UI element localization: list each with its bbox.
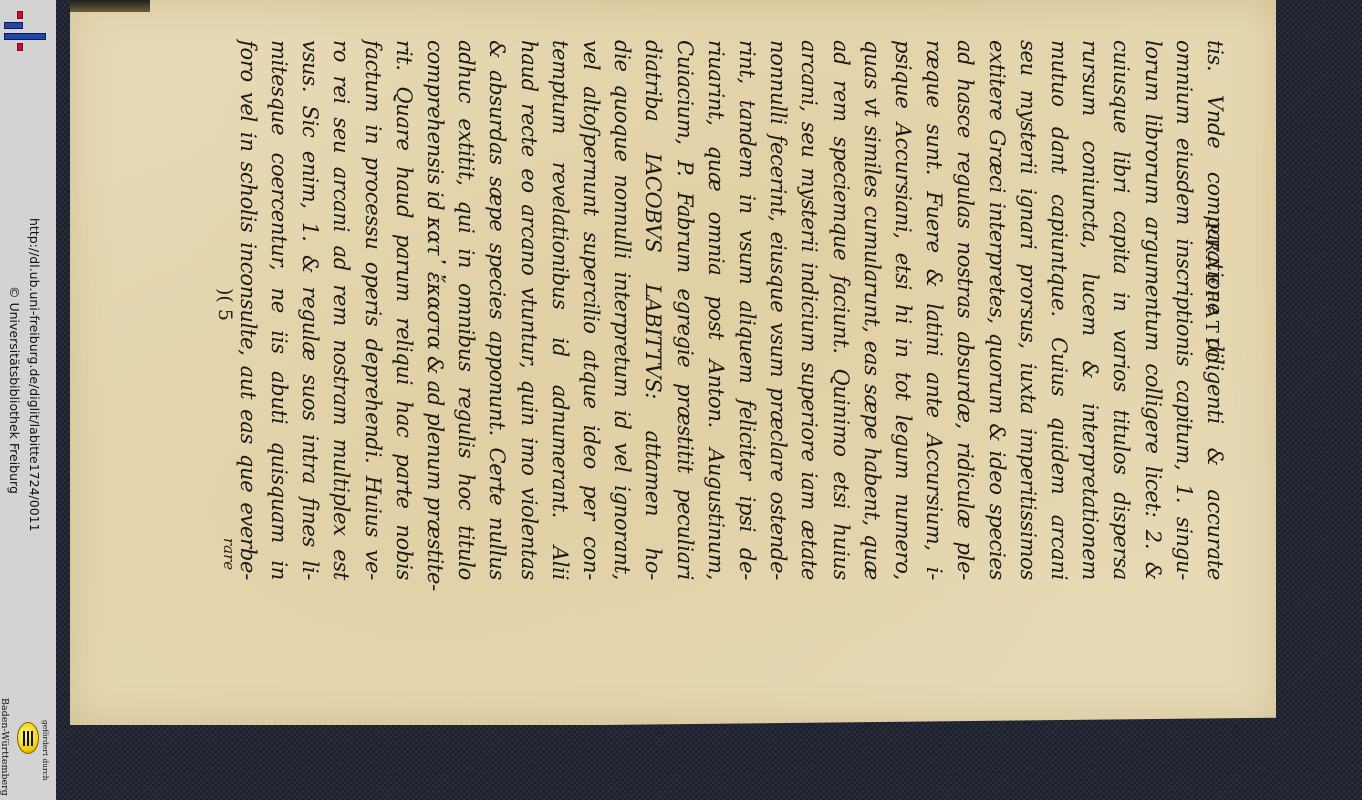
ub-freiburg-logo-icon[interactable] — [4, 10, 48, 50]
text-line: diatriba IACOBVS LABITTVS: attamen ho- — [637, 40, 668, 580]
text-line: ad hasce regulas nostras absurdæ, ridicu… — [949, 40, 980, 580]
signature-mark: )( 5 — [214, 288, 236, 321]
baden-wuerttemberg-crest-icon — [17, 722, 39, 754]
text-line: mitesque coercentur, ne iis abuti quisqu… — [263, 40, 294, 580]
text-line: ræque sunt. Fuere & latini ante Accursiu… — [918, 40, 949, 580]
copyright-notice: © Universitätsbibliothek Freiburg — [7, 286, 22, 494]
text-line: rit. Quare haud parum reliqui hac parte … — [388, 40, 419, 580]
text-line: nonnulli fecerint, eiusque vsum præclare… — [762, 40, 793, 580]
catchword: rare — [220, 538, 238, 570]
funding-badge: gefördert durch Baden-Württemberg — [0, 690, 56, 800]
text-line: Cuiacium, P. Fabrum egregie præstitit pe… — [668, 40, 699, 580]
text-line: factum in processu operis deprehendi. Hu… — [356, 40, 387, 580]
logo-red-mark-bottom — [17, 43, 23, 51]
text-line: vsus. Sic enim, 1. & regulæ suos intra f… — [294, 40, 325, 580]
logo-red-mark-top — [17, 11, 23, 19]
permalink[interactable]: http://dl.ub.uni-freiburg.de/diglit/labi… — [27, 218, 42, 532]
text-line: rint, tandem in vsum aliquem feliciter i… — [731, 40, 762, 580]
text-line: quas vt similes cumularunt, eas sæpe hab… — [856, 40, 887, 580]
page-text-block: tis. Vnde comparatione diligenti & accur… — [232, 40, 1231, 580]
text-line: foro vel in scholis inconsulte, aut eas … — [232, 40, 263, 580]
text-line: psique Accursiani, etsi hi in tot legum … — [887, 40, 918, 580]
page-binding-edge — [70, 0, 150, 12]
logo-blue-bar-long — [4, 33, 46, 40]
text-line: comprehensis id κατ᾽ ἔκαστα & ad plenum … — [419, 40, 450, 580]
text-line: temptum revelationibus id adnumerant. Al… — [544, 40, 575, 580]
text-line: cuiusque libri capita in varios titulos … — [1105, 40, 1136, 580]
funding-label: gefördert durch — [41, 720, 50, 781]
text-line: & absurdas sæpe species apponunt. Certe … — [481, 40, 512, 580]
text-line: ad rem speciemque faciunt. Quinimo etsi … — [824, 40, 855, 580]
text-line: ro rei seu arcani ad rem nostram multipl… — [325, 40, 356, 580]
viewer-sidebar: http://dl.ub.uni-freiburg.de/diglit/labi… — [0, 0, 56, 800]
text-line: mutuo dant capiuntque. Cuius quidem arca… — [1043, 40, 1074, 580]
funding-state: Baden-Württemberg — [0, 698, 10, 796]
text-line: die quoque nonnulli interpretum id vel i… — [606, 40, 637, 580]
text-line: rursum coniuncta, lucem & interpretation… — [1074, 40, 1105, 580]
text-line: vel altoſpernunt supercilio atque ideo p… — [575, 40, 606, 580]
text-line: extitere Græci interpretes, quorum & ide… — [980, 40, 1011, 580]
text-line: haud recte eo arcano vtuntur, quin imo v… — [512, 40, 543, 580]
text-line: adhuc extitit, qui in omnibus regulis ho… — [450, 40, 481, 580]
logo-blue-bar-short — [4, 22, 23, 29]
text-line: tis. Vnde comparatione diligenti & accur… — [1199, 40, 1230, 580]
text-line: lorum librorum argumentum colligere lice… — [1136, 40, 1167, 580]
text-line: riuarint, quæ omnia post Anton. Augustin… — [700, 40, 731, 580]
text-line: arcani, seu mysterii indicium superiore … — [793, 40, 824, 580]
text-line: seu mysterii ignari prorsus, iuxta imper… — [1012, 40, 1043, 580]
text-line: omnium eiusdem inscriptionis capitum, 1.… — [1168, 40, 1199, 580]
